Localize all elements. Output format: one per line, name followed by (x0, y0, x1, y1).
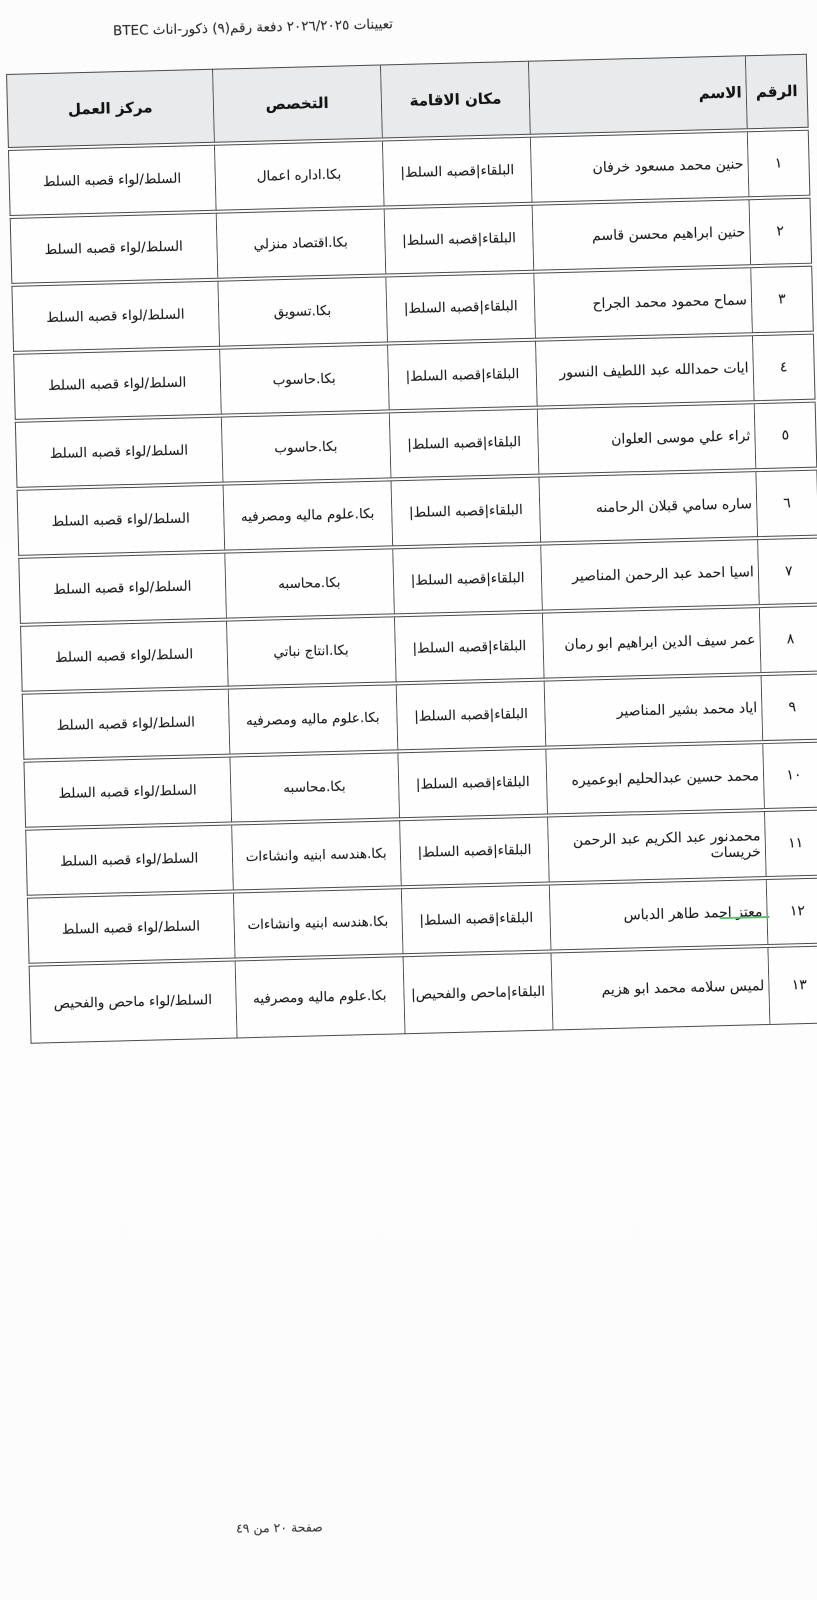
col-header-name: الاسم (528, 55, 746, 134)
cell-major: بكا.هندسه ابنيه وانشاءات (231, 820, 401, 890)
cell-major: بكا.حاسوب (220, 412, 390, 482)
cell-number: ٥ (753, 402, 817, 470)
cell-major: بكا.محاسبه (229, 752, 399, 822)
cell-major: بكا.هندسه ابنيه وانشاءات (232, 888, 402, 958)
cell-work-center: السلط/لواء قصبه السلط (20, 621, 227, 692)
cell-name: محمد حسين عبدالحليم ابوعميره (546, 743, 764, 814)
scan-tilt-wrapper: تعيينات ٢٠٢٦/٢٠٢٥ دفعة رقم(٩) ذكور-اناث … (6, 52, 817, 1046)
cell-residence: البلقاء|قصبه السلط| (399, 817, 549, 887)
cell-work-center: السلط/لواء قصبه السلط (27, 893, 234, 964)
cell-number: ٨ (759, 606, 817, 674)
cell-major: بكا.اقتصاد منزلي (215, 208, 385, 278)
cell-residence: البلقاء|قصبه السلط| (385, 273, 535, 343)
cell-name: عمر سيف الدين ابراهيم ابو رمان (542, 607, 760, 678)
cell-name: اياد محمد بشير المناصير (544, 675, 762, 746)
cell-name: معتز احمد طاهر الدباس (549, 879, 767, 950)
cell-residence: البلقاء|قصبه السلط| (394, 613, 544, 683)
cell-work-center: السلط/لواء قصبه السلط (8, 145, 215, 216)
cell-major: بكا.علوم ماليه ومصرفيه (227, 684, 397, 754)
cell-work-center: السلط/لواء قصبه السلط (13, 349, 220, 420)
cell-number: ١ (747, 130, 811, 198)
cell-number: ٣ (750, 266, 814, 334)
table-body: ١حنين محمد مسعود خرفانالبلقاء|قصبه السلط… (8, 130, 817, 1044)
cell-number: ٩ (760, 674, 817, 742)
cell-major: بكا.اداره اعمال (213, 141, 383, 211)
cell-work-center: السلط/لواء ماحص والفحيص (29, 961, 236, 1044)
appointments-table: الرقم الاسم مكان الاقامة التخصص مركز الع… (6, 52, 817, 1046)
cell-number: ٢ (748, 198, 812, 266)
scanned-page: تعيينات ٢٠٢٦/٢٠٢٥ دفعة رقم(٩) ذكور-اناث … (0, 0, 817, 1600)
cell-work-center: السلط/لواء قصبه السلط (11, 281, 218, 352)
cell-residence: البلقاء|قصبه السلط| (382, 137, 532, 207)
col-header-residence: مكان الاقامة (380, 61, 530, 139)
cell-number: ٤ (752, 334, 816, 402)
cell-residence: البلقاء|ماحص والفحيص| (402, 952, 552, 1034)
cell-major: بكا.تسويق (217, 276, 387, 346)
cell-residence: البلقاء|قصبه السلط| (397, 749, 547, 819)
cell-work-center: السلط/لواء قصبه السلط (22, 689, 229, 760)
document-title: تعيينات ٢٠٢٦/٢٠٢٥ دفعة رقم(٩) ذكور-اناث … (133, 16, 393, 39)
col-header-number: الرقم (745, 54, 809, 130)
cell-residence: البلقاء|قصبه السلط| (390, 477, 540, 547)
cell-number: ١٢ (766, 877, 817, 945)
cell-name: حنين محمد مسعود خرفان (530, 131, 748, 202)
col-header-major: التخصص (212, 65, 382, 143)
cell-name: محمدنور عبد الكريم عبد الرحمن خريسات (547, 811, 765, 882)
cell-name: لميس سلامه محمد ابو هزيم (551, 947, 769, 1030)
cell-work-center: السلط/لواء قصبه السلط (18, 553, 225, 624)
cell-name: اسيا احمد عبد الرحمن المناصير (540, 539, 758, 610)
cell-residence: البلقاء|قصبه السلط| (396, 681, 546, 751)
col-header-work-center: مركز العمل (6, 69, 213, 148)
cell-name: سماح محمود محمد الجراح (534, 267, 752, 338)
cell-residence: البلقاء|قصبه السلط| (392, 545, 542, 615)
cell-work-center: السلط/لواء قصبه السلط (23, 757, 230, 828)
cell-major: بكا.علوم ماليه ومصرفيه (234, 956, 404, 1038)
cell-major: بكا.حاسوب (219, 344, 389, 414)
cell-number: ٧ (757, 538, 817, 606)
cell-residence: البلقاء|قصبه السلط| (401, 885, 551, 955)
cell-name: ايات حمدالله عبد اللطيف النسور (535, 335, 753, 406)
cell-major: بكا.انتاج نباتي (226, 616, 396, 686)
cell-residence: البلقاء|قصبه السلط| (384, 205, 534, 275)
cell-name: ثراء علي موسى العلوان (537, 403, 755, 474)
cell-name: ساره سامي قبلان الرحامنه (539, 471, 757, 542)
cell-work-center: السلط/لواء قصبه السلط (17, 485, 224, 556)
cell-name: حنين ابراهيم محسن قاسم (532, 199, 750, 270)
cell-major: بكا.محاسبه (224, 548, 394, 618)
cell-residence: البلقاء|قصبه السلط| (387, 341, 537, 411)
cell-major: بكا.علوم ماليه ومصرفيه (222, 480, 392, 550)
cell-work-center: السلط/لواء قصبه السلط (15, 417, 222, 488)
cell-residence: البلقاء|قصبه السلط| (389, 409, 539, 479)
cell-work-center: السلط/لواء قصبه السلط (25, 825, 232, 896)
cell-work-center: السلط/لواء قصبه السلط (10, 213, 217, 284)
cell-number: ١٠ (762, 742, 817, 810)
cell-number: ١١ (764, 809, 817, 877)
cell-number: ٦ (755, 470, 817, 538)
page-footer: صفحة ٢٠ من ٤٩ (236, 1519, 323, 1535)
cell-number: ١٣ (767, 945, 817, 1025)
